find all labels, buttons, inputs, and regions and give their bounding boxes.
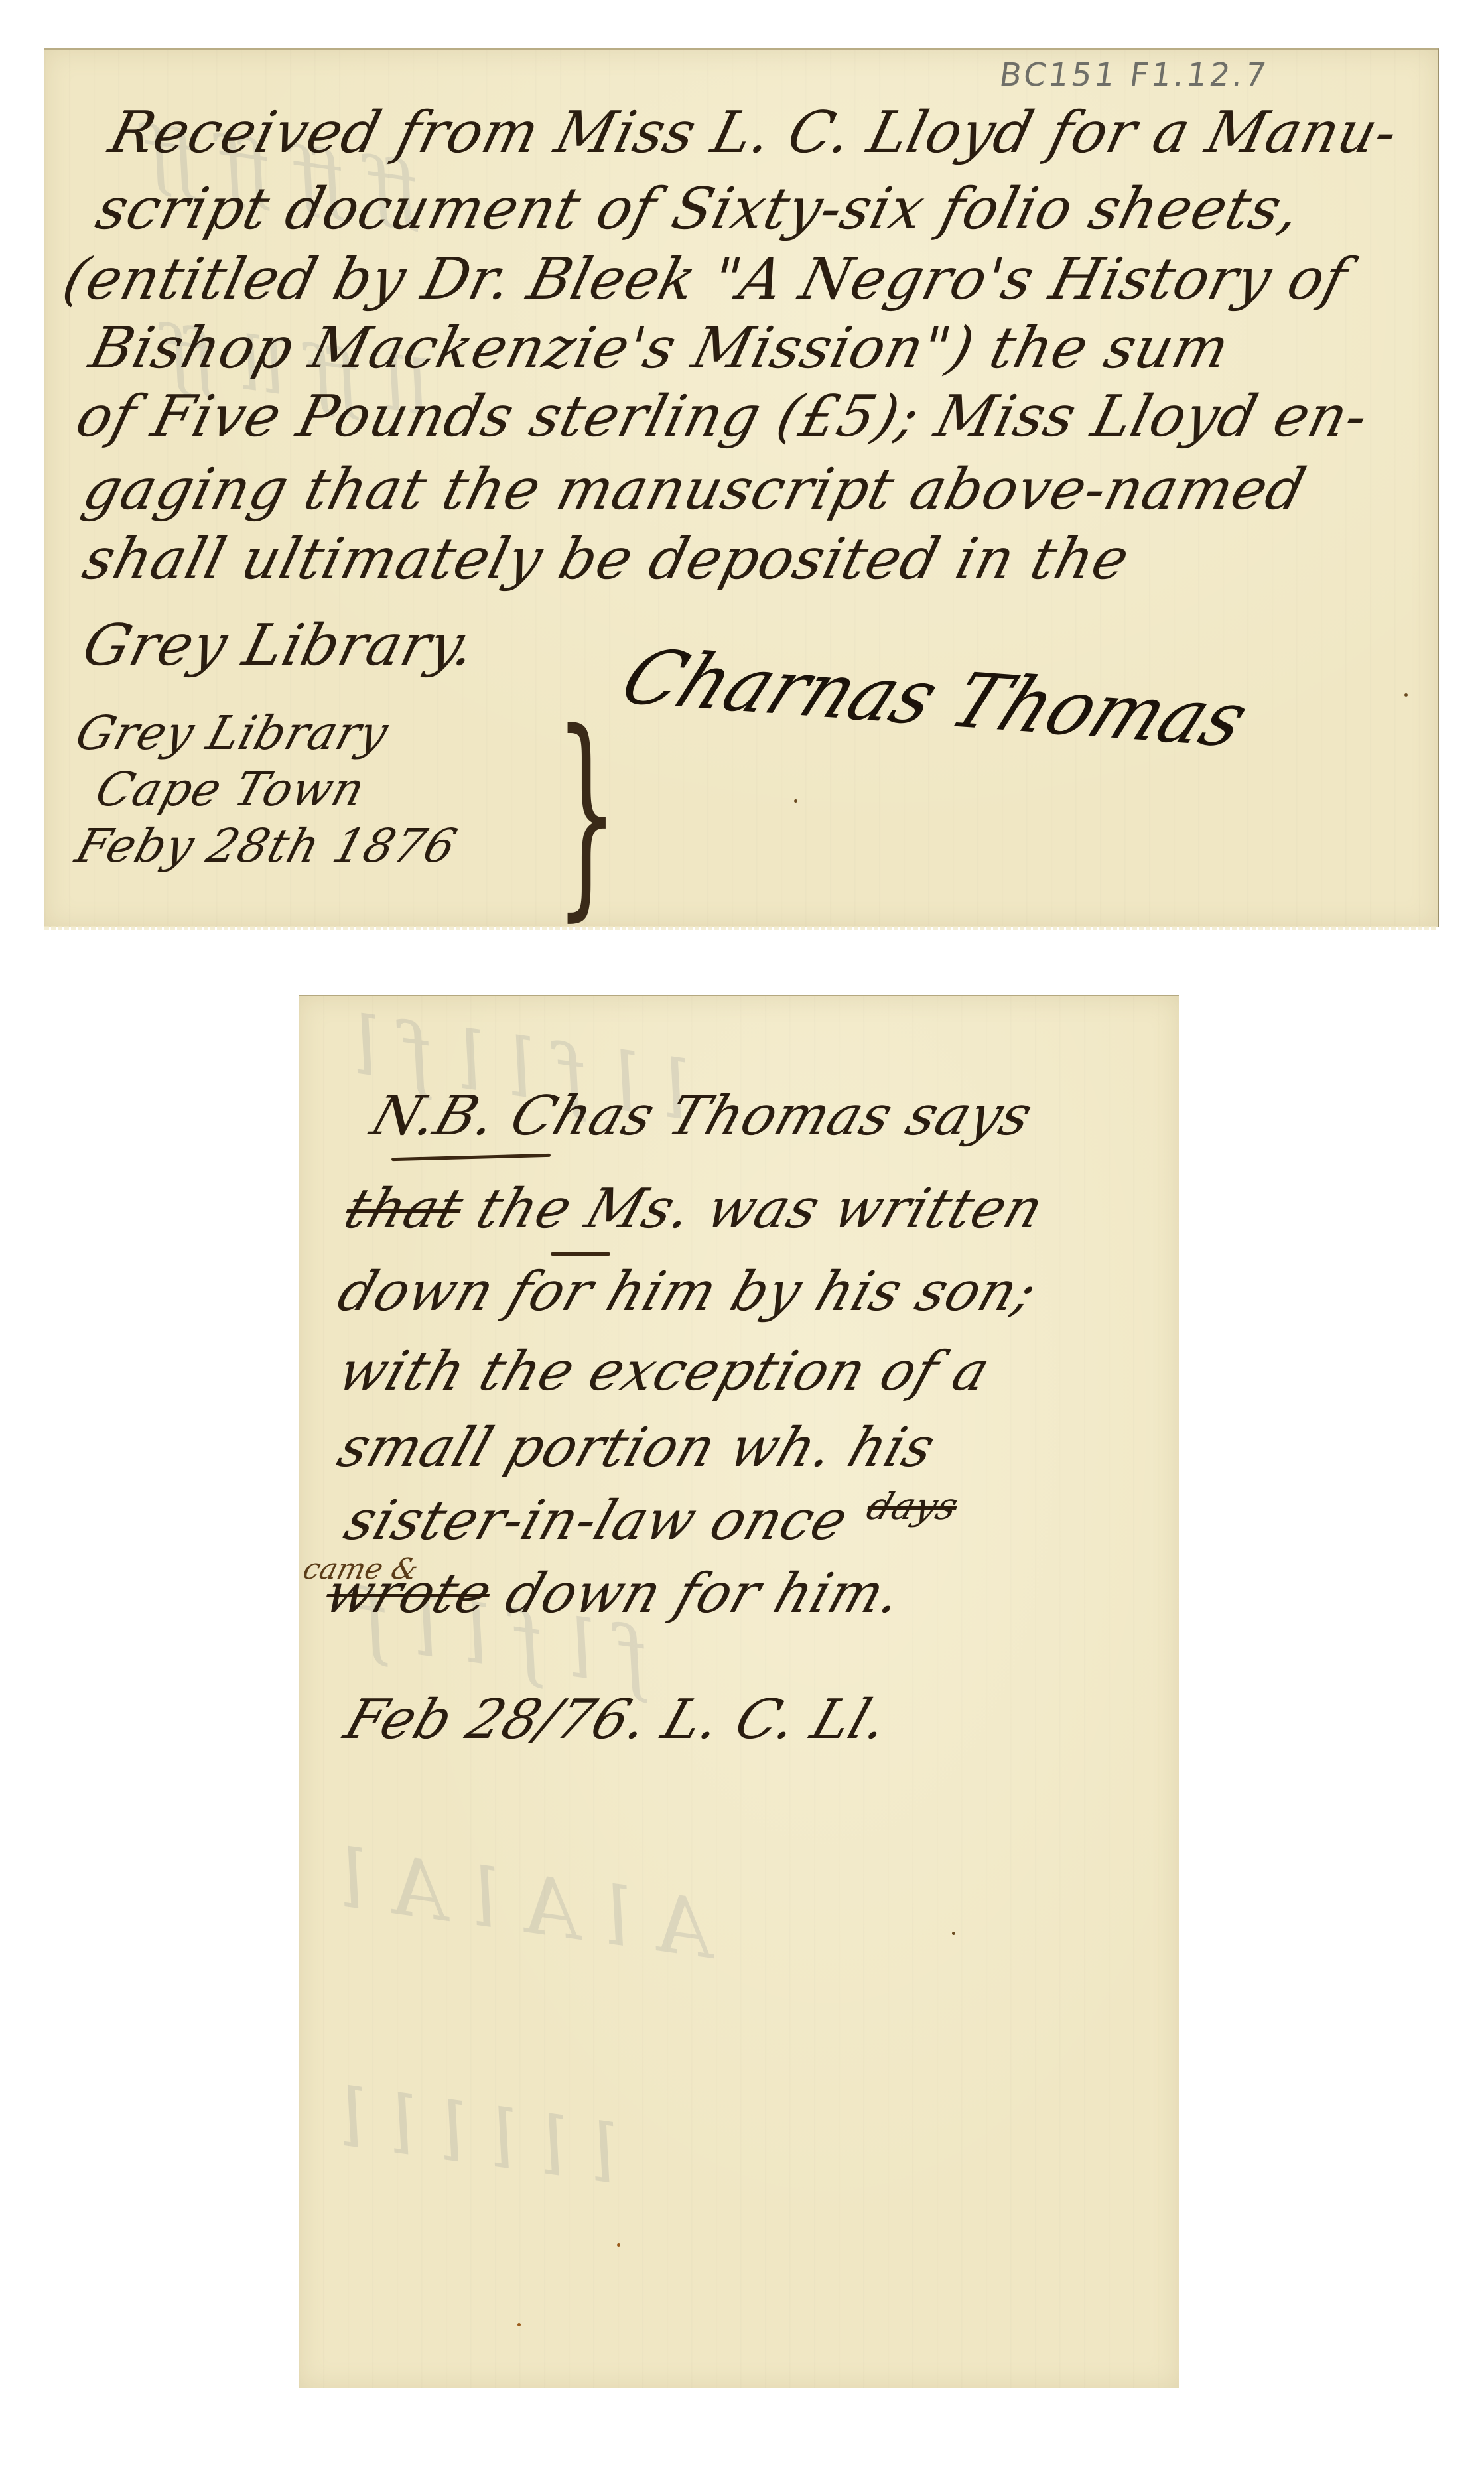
note-dateline: Feb 28/76. L. C. Ll.: [338, 1693, 896, 1747]
note-line-5: small portion wh. his: [332, 1421, 942, 1475]
signature: Charnas Thomas: [608, 633, 1262, 764]
verso-show-through: l l l l l l: [333, 2072, 622, 2202]
note-line-1: N.B. Chas Thomas says: [365, 1089, 1039, 1144]
place-line-grey-library: Grey Library: [71, 710, 394, 756]
ink-speck: [617, 2243, 620, 2247]
receipt-line-5: of Five Pounds sterling (£5); Miss Lloyd…: [71, 388, 1374, 445]
note-line-2-text: the Ms. was written: [451, 1177, 1052, 1240]
ink-speck: [794, 799, 797, 803]
ink-speck: [1404, 693, 1408, 697]
ink-speck: [952, 1932, 955, 1935]
struck-word-wrote: wrote: [317, 1562, 500, 1625]
struck-word-that: that: [337, 1177, 471, 1240]
note-line-3: down for him by his son;: [332, 1265, 1044, 1319]
nb-underline: [391, 1154, 551, 1161]
receipt-line-1: Received from Miss L. C. Lloyd for a Man…: [104, 104, 1404, 161]
note-line-6-text: sister-in-law once: [337, 1489, 856, 1552]
place-line-date: Feby 28th 1876: [71, 823, 462, 869]
note-line-7-text: down for him.: [480, 1562, 911, 1625]
receipt-line-7: shall ultimately be deposited in the: [78, 531, 1135, 588]
struck-word-days: days: [861, 1485, 964, 1528]
note-sheet: l l f l l f l f l f l l f A l A l A l l …: [299, 995, 1179, 2388]
place-line-cape-town: Cape Town: [91, 766, 370, 813]
note-line-7: wrote down for him.: [318, 1567, 910, 1621]
note-line-6: sister-in-law once days: [338, 1494, 961, 1548]
receipt-line-3: (entitled by Dr. Bleek "A Negro's Histor…: [58, 251, 1353, 308]
ink-speck: [517, 2323, 521, 2326]
receipt-line-6: gaging that the manuscript above-named: [78, 461, 1312, 518]
receipt-line-4: Bishop Mackenzie's Mission") the sum: [84, 320, 1235, 377]
note-line-2: that the Ms. was written: [338, 1182, 1050, 1236]
receipt-sheet: ff ff ff ff ll ff ll ff BC151 F1.12.7 Re…: [44, 48, 1439, 927]
curly-brace: }: [555, 703, 618, 922]
pencil-shelfmark: BC151 F1.12.7: [997, 56, 1271, 94]
note-line-4: with the exception of a: [332, 1345, 996, 1399]
receipt-line-2: script document of Sixty-six folio sheet…: [91, 180, 1306, 237]
receipt-line-8: Grey Library.: [78, 617, 482, 674]
verso-show-through: A l A l A l: [334, 1833, 718, 1976]
ms-underline: [551, 1252, 610, 1256]
